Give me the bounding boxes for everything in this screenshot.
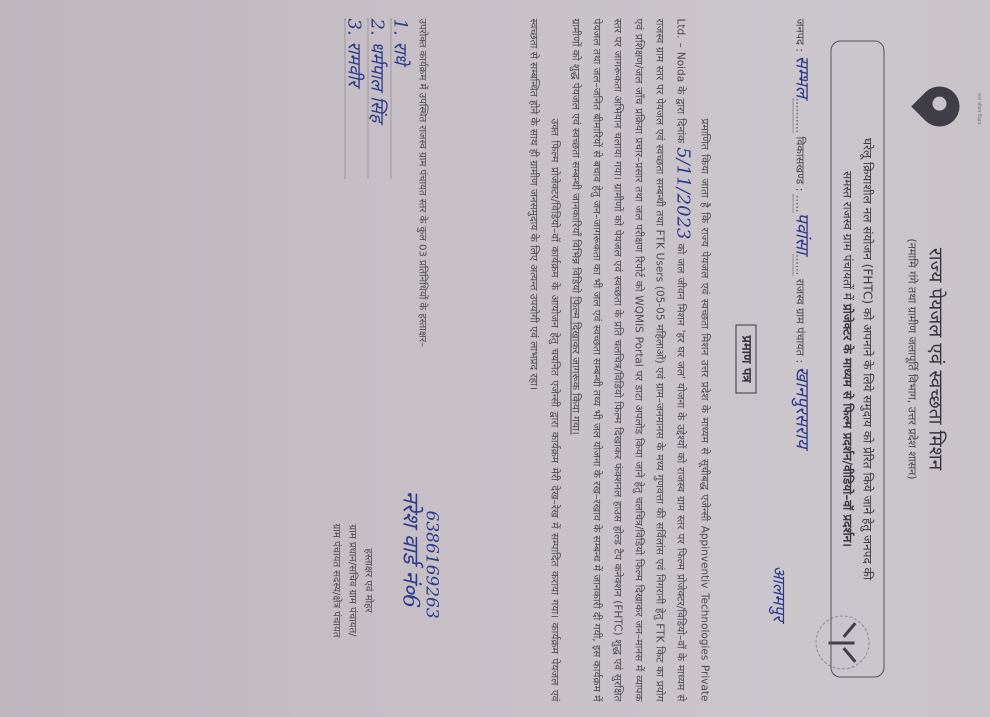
panchayat-value: खानपुरसराय xyxy=(792,367,813,449)
subject-line-2: समस्त राजस्व ग्राम पंचायतों में प्रोजेक्… xyxy=(838,56,858,663)
district-label: जनपद : xyxy=(794,19,807,53)
witness-intro: उपरोक्त कार्यक्रम में उपस्थित राजस्व ग्र… xyxy=(414,19,430,369)
subject-line-1: घरेलू क्रियाशील नल संयोजन (FHTC) को अपना… xyxy=(858,56,878,663)
paragraph-1: प्रमाणित किया जाता है कि राज्य पेयजल एवं… xyxy=(565,19,715,702)
block-value: पवांसा xyxy=(792,212,813,254)
org-subtitle: (नमामि गंगे तथा ग्रामीण जलापूर्ति विभाग,… xyxy=(905,1,920,717)
subject-box: घरेलू क्रियाशील नल संयोजन (FHTC) को अपना… xyxy=(831,41,885,678)
handwritten-signatory: नरेश वार्ड नं०6 xyxy=(402,491,418,609)
certificate-body: प्रमाणित किया जाता है कि राज्य पेयजल एवं… xyxy=(523,19,715,702)
organization-header: राज्य पेयजल एवं स्वच्छता मिशन (नमामि गंग… xyxy=(905,1,950,717)
witness-signature-1: 1. राधे xyxy=(391,19,408,179)
logo-caption: जल जीवन मिशन xyxy=(976,79,982,139)
witness-signatures: उपरोक्त कार्यक्रम में उपस्थित राजस्व ग्र… xyxy=(345,19,430,369)
authority-signature-block: 6386169263 नरेश वार्ड नं०6 हस्ताक्षर एवं… xyxy=(328,471,390,691)
certificate-title: प्रमाण पत्र xyxy=(739,1,758,717)
handwritten-phone: 6386169263 xyxy=(424,511,440,619)
signature-label: हस्ताक्षर एवं मोहर xyxy=(360,471,376,691)
handwritten-date: 5/11/2023 xyxy=(673,147,694,239)
location-fields: जनपद : सम्भल.......... विकासखण्ड : .....… xyxy=(791,19,815,708)
panchayat-label: राजस्व ग्राम पंचायत : xyxy=(794,279,807,363)
designation-line-1: ग्राम प्रधान/सचिव ग्राम पंचायत/ xyxy=(344,471,360,691)
witness-signature-2: 2. धर्मपाल सिंह xyxy=(368,19,385,179)
designation-line-2: ग्राम पंचायत सदस्य/क्षेत्र पंचायत xyxy=(328,471,344,691)
paragraph-2: उक्त फिल्म प्रोजेक्टर/विडियो–वॉ कार्यक्र… xyxy=(523,19,565,702)
district-value: सम्भल xyxy=(792,56,813,98)
panchayat-value-line2: आलमपुर xyxy=(769,566,792,622)
org-title: राज्य पेयजल एवं स्वच्छता मिशन xyxy=(924,1,950,717)
witness-signature-3: 3. रामवीर xyxy=(345,19,362,179)
block-label: विकासखण्ड : xyxy=(794,136,807,191)
certificate-page: जल जीवन मिशन राज्य पेयजल एवं स्वच्छता मि… xyxy=(0,1,990,717)
